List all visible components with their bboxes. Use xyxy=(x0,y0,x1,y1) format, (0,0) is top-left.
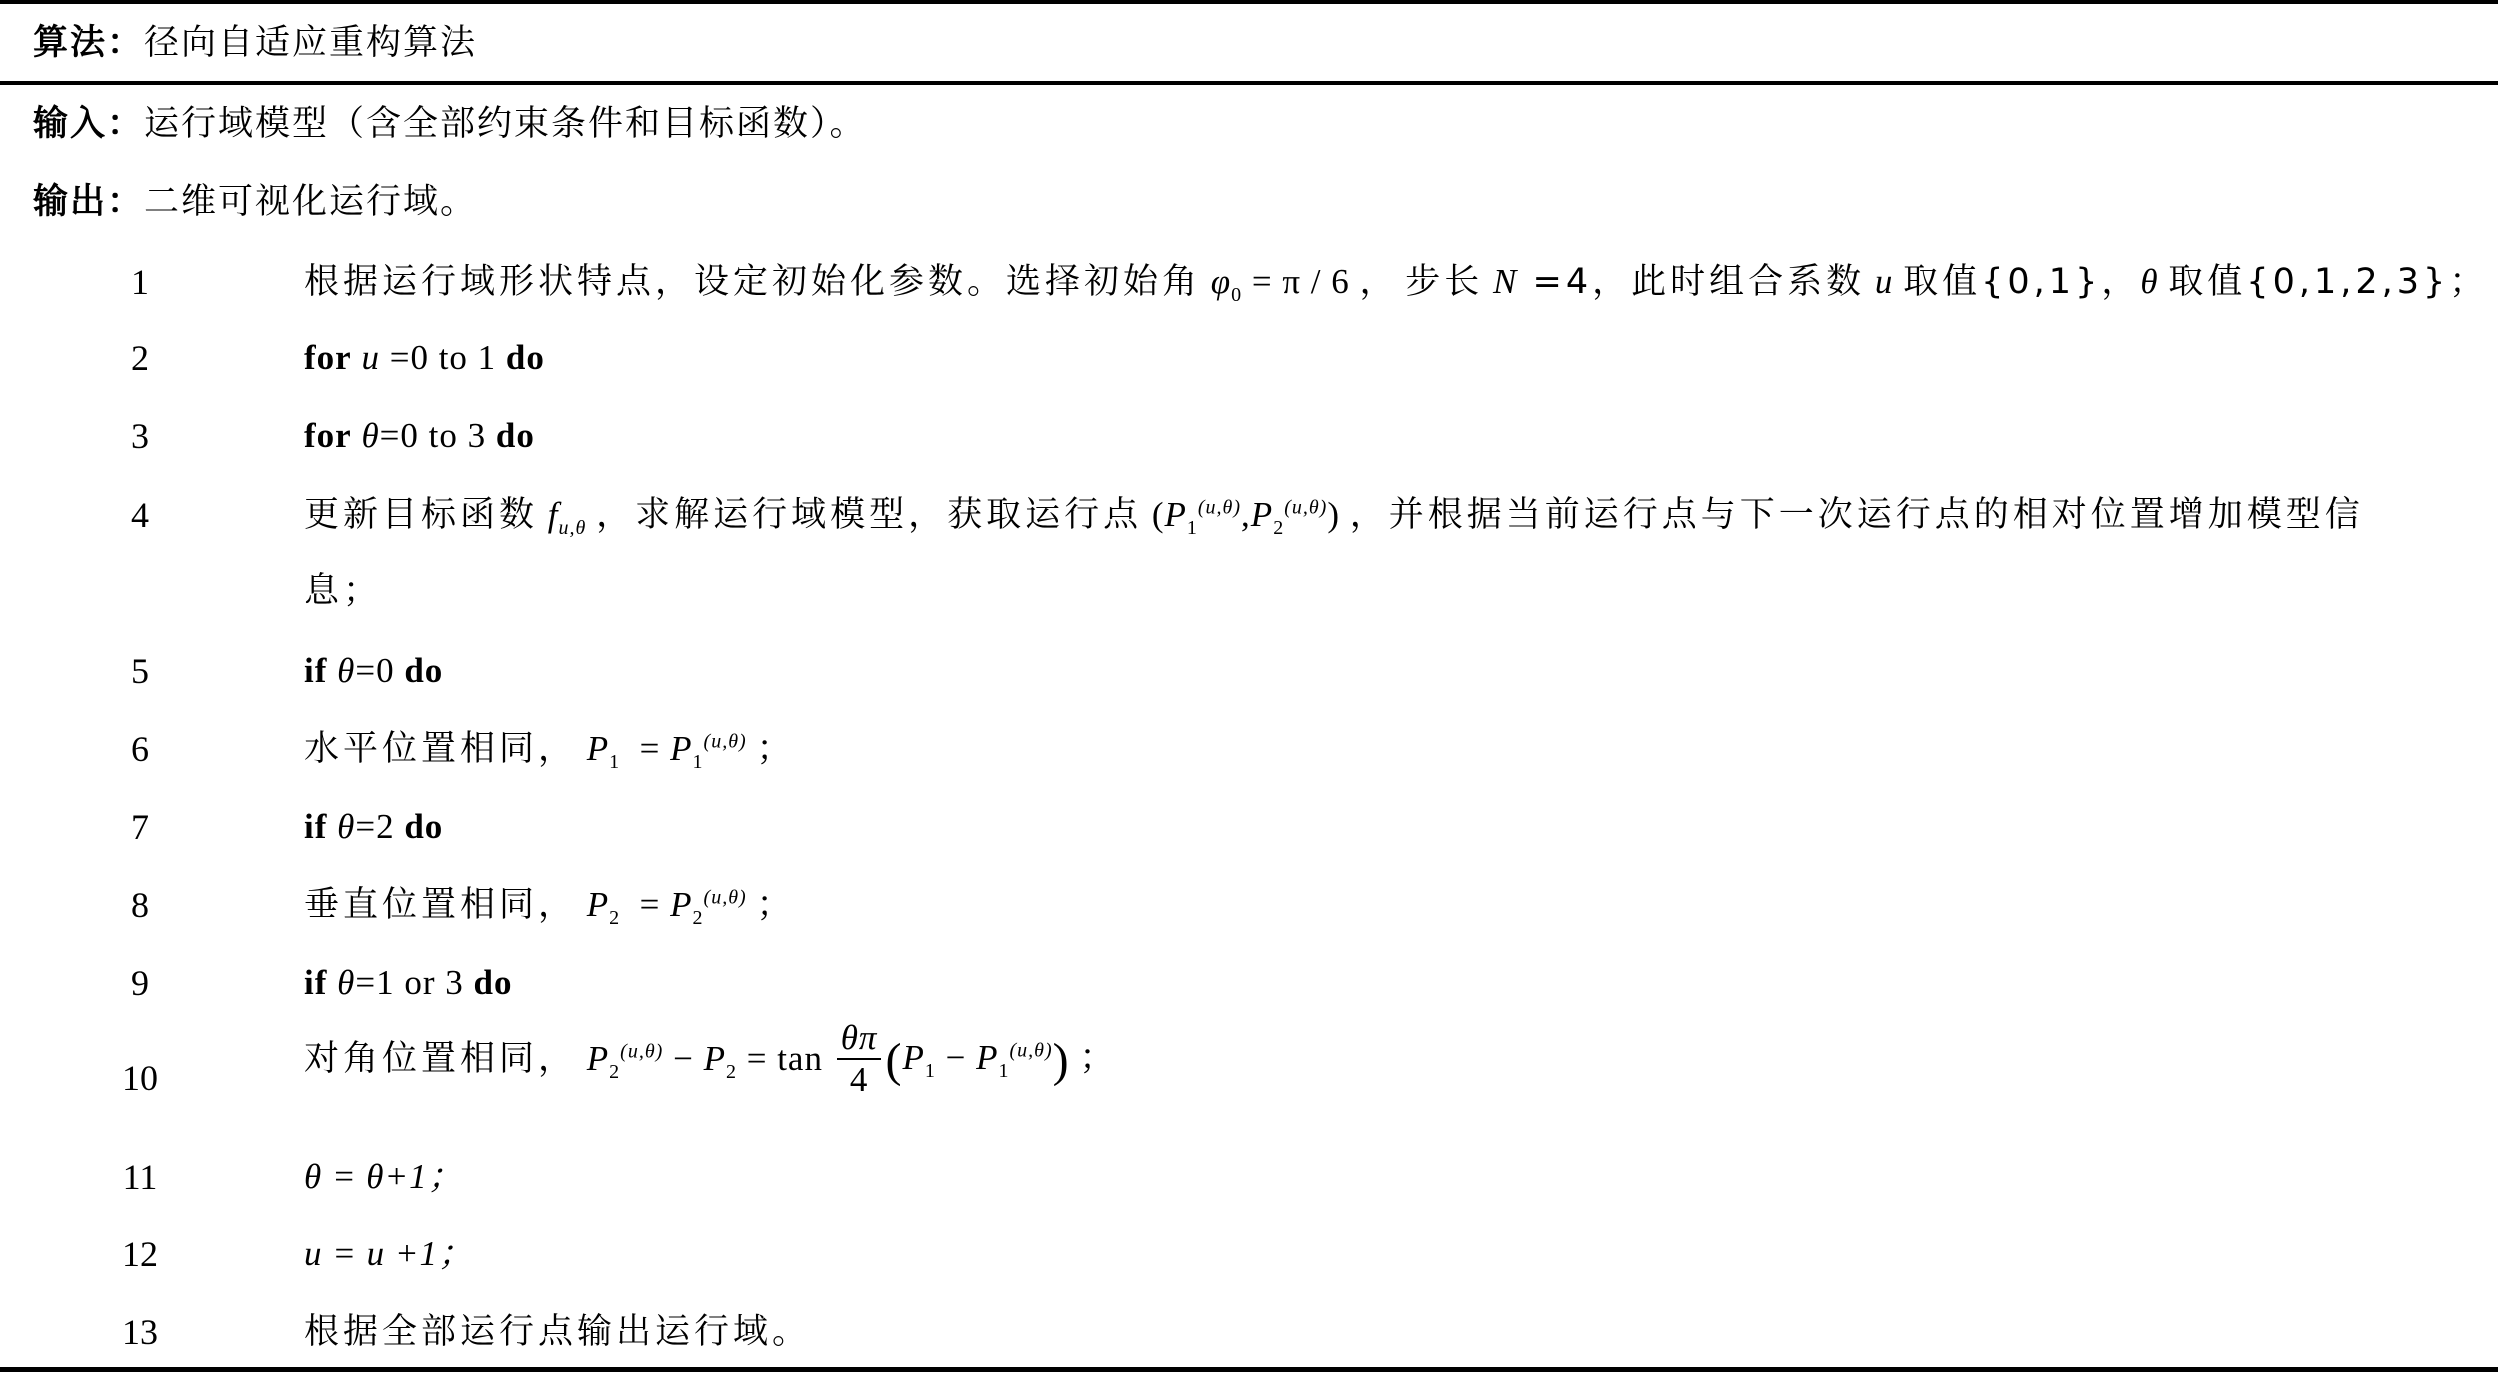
math-superscript: (u,θ) xyxy=(620,1040,663,1062)
math-p: P xyxy=(587,1039,609,1078)
step-number: 7 xyxy=(100,807,180,847)
step-text: 水平位置相同， xyxy=(304,729,577,769)
step-text: 息； xyxy=(304,571,382,611)
keyword-do: do xyxy=(404,807,443,846)
step-4: 更新目标函数 fu,θ ，求解运行域模型，获取运行点 (P1(u,θ),P2(u… xyxy=(304,495,2364,535)
math-subscript: 2 xyxy=(726,1061,737,1083)
algorithm-output: 输出：二维可视化运行域。 xyxy=(33,182,477,222)
math-subscript: 0 xyxy=(1231,284,1242,306)
step-number: 1 xyxy=(100,262,180,302)
math-u: u xyxy=(1875,262,1894,301)
step-text: ，求解运行域模型，获取运行点 xyxy=(596,495,1142,535)
header-rule xyxy=(0,81,2498,85)
step-end: ； xyxy=(1079,1038,1115,1077)
keyword-if: if xyxy=(304,963,327,1002)
step-expr: =0 to 1 xyxy=(380,338,506,377)
step-12: u = u +1； xyxy=(304,1234,474,1274)
output-text: 二维可视化运行域。 xyxy=(144,182,477,222)
step-7: if θ=2 do xyxy=(304,807,443,847)
step-number: 5 xyxy=(100,651,180,691)
step-11: θ = θ+1； xyxy=(304,1157,464,1197)
step-text: 步长 xyxy=(1405,262,1483,302)
keyword-do: do xyxy=(404,651,443,690)
table-bottom-rule xyxy=(0,1367,2498,1372)
keyword-do: do xyxy=(474,963,513,1002)
math-subscript: 1 xyxy=(609,751,620,773)
math-theta: θ xyxy=(337,651,355,690)
math-tan: tan xyxy=(777,1039,823,1078)
algorithm-title: 算法：径向自适应重构算法 xyxy=(33,23,477,63)
math-expr: = π / 6 ， xyxy=(1242,262,1395,301)
fraction-denominator: 4 xyxy=(837,1060,882,1100)
math-fraction: θπ4 xyxy=(837,1018,882,1100)
math-subscript: 1 xyxy=(925,1060,936,1082)
math-theta: θ xyxy=(337,807,355,846)
math-p: P xyxy=(587,729,609,768)
step-text: 取值{0,1}， xyxy=(1903,262,2140,302)
math-superscript: (u,θ) xyxy=(704,886,747,908)
algorithm-name: 径向自适应重构算法 xyxy=(144,23,477,63)
step-text: 更新目标函数 xyxy=(304,495,538,535)
math-theta: θ xyxy=(361,416,379,455)
step-6: 水平位置相同， P1 = P1(u,θ) ； xyxy=(304,729,792,769)
step-number: 10 xyxy=(100,1058,180,1098)
step-end: ； xyxy=(756,729,792,768)
step-text: =4，此时组合系数 xyxy=(1517,262,1865,302)
math-superscript: (u,θ) xyxy=(704,730,747,752)
step-number: 9 xyxy=(100,963,180,1003)
keyword-do: do xyxy=(506,338,545,377)
step-3: for θ=0 to 3 do xyxy=(304,416,535,456)
math-p: P xyxy=(587,885,609,924)
step-1: 根据运行域形状特点，设定初始化参数。选择初始角 φ0 = π / 6 ， 步长 … xyxy=(304,262,2488,302)
math-subscript: 1 xyxy=(693,751,704,773)
math-theta: θ xyxy=(337,963,355,1002)
keyword-for: for xyxy=(304,416,352,455)
step-number: 3 xyxy=(100,416,180,456)
keyword-if: if xyxy=(304,651,327,690)
math-subscript: 2 xyxy=(693,907,704,929)
math-subscript: 1 xyxy=(1187,517,1198,539)
algorithm-input: 输入：运行域模型（含全部约束条件和目标函数）。 xyxy=(33,104,867,144)
math-subscript: u,θ xyxy=(559,517,587,539)
step-text: 垂直位置相同， xyxy=(304,885,577,925)
math-p: P xyxy=(976,1038,998,1077)
step-8: 垂直位置相同， P2 = P2(u,θ) ； xyxy=(304,885,792,925)
step-13: 根据全部运行点输出运行域。 xyxy=(304,1312,811,1352)
input-label: 输入： xyxy=(33,104,144,144)
step-end: ； xyxy=(756,885,792,924)
math-superscript: (u,θ) xyxy=(1009,1039,1052,1061)
step-2: for u =0 to 1 do xyxy=(304,338,545,378)
math-f: f xyxy=(548,495,559,534)
math-subscript: 2 xyxy=(1273,517,1284,539)
math-superscript: (u,θ) xyxy=(1198,496,1241,518)
step-5: if θ=0 do xyxy=(304,651,443,691)
step-number: 13 xyxy=(100,1312,180,1352)
keyword-do: do xyxy=(496,416,535,455)
step-number: 6 xyxy=(100,729,180,769)
math-p: P xyxy=(670,885,692,924)
math-superscript: (u,θ) xyxy=(1284,496,1327,518)
step-number: 2 xyxy=(100,338,180,378)
step-expr: =2 xyxy=(355,807,404,846)
step-text: 取值{0,1,2,3}； xyxy=(2168,262,2488,302)
math-subscript: 1 xyxy=(998,1060,1009,1082)
math-phi: φ xyxy=(1211,262,1231,301)
math-theta: θ xyxy=(2140,262,2158,301)
step-expr: =0 xyxy=(355,651,404,690)
step-10: 对角位置相同， P2(u,θ) − P2 = tan θπ4(P1 − P1(u… xyxy=(304,1018,1115,1100)
output-label: 输出： xyxy=(33,182,144,222)
fraction-numerator: θπ xyxy=(837,1018,882,1060)
step-9: if θ=1 or 3 do xyxy=(304,963,512,1003)
step-number: 4 xyxy=(100,495,180,535)
input-text: 运行域模型（含全部约束条件和目标函数）。 xyxy=(144,104,867,144)
table-top-rule xyxy=(0,0,2498,4)
step-expr: =1 or 3 xyxy=(355,963,473,1002)
step-text: 根据全部运行点输出运行域。 xyxy=(304,1312,811,1352)
step-expr: =0 to 3 xyxy=(380,416,496,455)
math-p: P xyxy=(670,729,692,768)
step-number: 8 xyxy=(100,885,180,925)
step-number: 11 xyxy=(100,1157,180,1197)
math-u: u xyxy=(361,338,380,377)
math-subscript: 2 xyxy=(609,1061,620,1083)
keyword-if: if xyxy=(304,807,327,846)
math-p: P xyxy=(704,1039,726,1078)
step-text: 根据运行域形状特点，设定初始化参数。选择初始角 xyxy=(304,262,1201,302)
step-4-continuation: 息； xyxy=(304,571,382,611)
math-n: N xyxy=(1493,262,1517,301)
keyword-for: for xyxy=(304,338,352,377)
algorithm-label: 算法： xyxy=(33,23,144,63)
step-text: ，并根据当前运行点与下一次运行点的相对位置增加模型信 xyxy=(1350,495,2364,535)
math-subscript: 2 xyxy=(609,907,620,929)
math-p: P xyxy=(902,1038,924,1077)
step-text: 对角位置相同， xyxy=(304,1039,577,1079)
step-number: 12 xyxy=(100,1234,180,1274)
